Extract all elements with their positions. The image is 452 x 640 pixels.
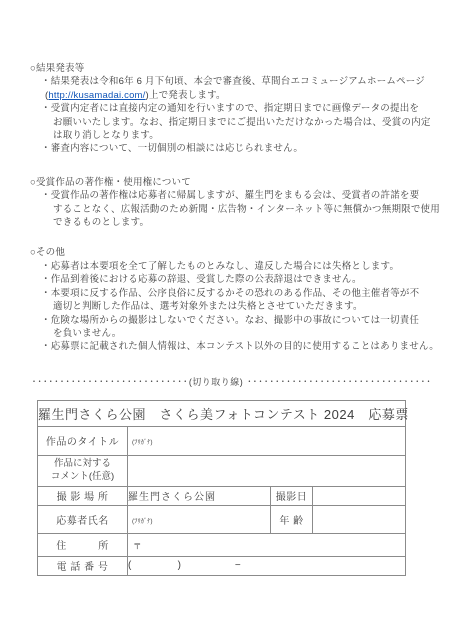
rule-line-with-link: (http://kusamadai.com/)上で発表します。 [30, 89, 446, 102]
rule-line: ・受賞作品の著作権は応募者に帰属しますが、羅生門をまもる会は、受賞者の許諾を要 [30, 189, 446, 202]
rule-line: できるものとします。 [30, 216, 446, 229]
comment-label-line2: コメント(任意) [38, 471, 127, 484]
location-label-cell: 撮 影 場 所 [38, 486, 128, 505]
furigana-note: (ﾌﾘｶﾞﾅ) [128, 435, 405, 446]
address-row: 住 所 〒 [38, 533, 406, 556]
rule-line: ・応募票に記載された個人情報は、本コンテスト以外の目的に使用することはありません… [30, 340, 446, 353]
guidelines-text: ○結果発表等 ・結果発表は令和6年 6 月下旬頃、本会で審査後、草間台エコミュー… [30, 62, 446, 354]
section-other: ○その他 ・応募者は本要項を全て了解したものとみなし、違反した場合には失格としま… [30, 246, 446, 353]
rule-line: ・危険な場所からの撮影はしないでください。なお、撮影中の事故については一切責任 [30, 314, 446, 327]
comment-row: 作品に対する コメント(任意) [38, 455, 406, 486]
rule-line: お願いいたします。なお、指定期日までにご提出いただけなかった場合は、受賞の内定 [30, 116, 446, 129]
cut-line-dots-right: ・・・・・・・・・・・・・・・・・・・・・・・・・・・・・・・・・・・・・・・・… [245, 376, 430, 387]
contest-website-link[interactable]: http://kusamadai.com/ [48, 90, 145, 101]
applicant-name-input-cell: (ﾌﾘｶﾞﾅ) [128, 505, 271, 533]
comment-input-cell [128, 455, 406, 486]
rule-line: ・結果発表は令和6年 6 月下旬頃、本会で審査後、草間台エコミュージアムホームペ… [30, 75, 446, 88]
rule-line: することなく、広報活動のため新聞・広告物・インターネット等に無償かつ無期限で使用 [30, 203, 446, 216]
age-label-cell: 年 齢 [271, 505, 313, 533]
phone-label-cell: 電 話 番 号 [38, 556, 128, 575]
comment-label-cell: 作品に対する コメント(任意) [38, 455, 128, 486]
rule-line: は取り消しとなります。 [30, 129, 446, 142]
work-title-label-cell: 作品のタイトル [38, 426, 128, 455]
section-heading-copyright: ○受賞作品の著作権・使用権について [30, 176, 446, 189]
rule-line: 適切と判断した作品は、選考対象外または失格とさせていただきます。 [30, 300, 446, 313]
section-copyright: ○受賞作品の著作権・使用権について ・受賞作品の著作権は応募者に帰属しますが、羅… [30, 176, 446, 230]
rule-line: ・応募者は本要項を全て了解したものとみなし、違反した場合には失格とします。 [30, 260, 446, 273]
phone-input-cell: ( ) − [128, 556, 406, 575]
shoot-date-input-cell [313, 486, 406, 505]
applicant-name-label-cell: 応募者氏名 [38, 505, 128, 533]
section-results-announcement: ○結果発表等 ・結果発表は令和6年 6 月下旬頃、本会で審査後、草間台エコミュー… [30, 62, 446, 156]
address-label-cell: 住 所 [38, 533, 128, 556]
address-input-cell: 〒 [128, 533, 406, 556]
rule-line: ・本要項に反する作品、公序良俗に反するかその恐れのある作品、その他主催者等が不 [30, 287, 446, 300]
postal-mark: 〒 [128, 538, 405, 552]
rule-line: ・受賞内定者には直接内定の通知を行いますので、指定期日までに画像データの提出を [30, 102, 446, 115]
furigana-note: (ﾌﾘｶﾞﾅ) [128, 514, 270, 525]
rule-line: ・審査内容について、一切個別の相談には応じられません。 [30, 142, 446, 155]
section-heading-other: ○その他 [30, 246, 446, 259]
comment-label-line1: 作品に対する [38, 458, 127, 471]
phone-row: 電 話 番 号 ( ) − [38, 556, 406, 575]
work-title-row: 作品のタイトル (ﾌﾘｶﾞﾅ) [38, 426, 406, 455]
cut-line-label: (切り取り線) [187, 375, 246, 388]
work-title-input-cell: (ﾌﾘｶﾞﾅ) [128, 426, 406, 455]
link-line-tail: )上で発表します。 [146, 90, 226, 101]
cut-line-dots-left: ・・・・・・・・・・・・・・・・・・・・・・・・・・・・ [30, 376, 187, 387]
entry-form-table: 羅生門さくら公園 さくら美フォトコンテスト 2024 応募票 作品のタイトル (… [37, 400, 406, 576]
rule-line: を負いません。 [30, 327, 446, 340]
form-title-row: 羅生門さくら公園 さくら美フォトコンテスト 2024 応募票 [38, 400, 406, 426]
location-value-cell: 羅生門さくら公園 [128, 486, 271, 505]
section-heading-results: ○結果発表等 [30, 62, 446, 75]
age-input-cell [313, 505, 406, 533]
cut-line: ・・・・・・・・・・・・・・・・・・・・・・・・・・・・ (切り取り線) ・・・… [30, 375, 430, 388]
location-row: 撮 影 場 所 羅生門さくら公園 撮影日 [38, 486, 406, 505]
document-page: ○結果発表等 ・結果発表は令和6年 6 月下旬頃、本会で審査後、草間台エコミュー… [0, 0, 452, 640]
applicant-name-row: 応募者氏名 (ﾌﾘｶﾞﾅ) 年 齢 [38, 505, 406, 533]
form-title: 羅生門さくら公園 さくら美フォトコンテスト 2024 応募票 [38, 400, 406, 426]
rule-line: ・作品到着後における応募の辞退、受賞した際の公表辞退はできません。 [30, 273, 446, 286]
shoot-date-label-cell: 撮影日 [271, 486, 313, 505]
